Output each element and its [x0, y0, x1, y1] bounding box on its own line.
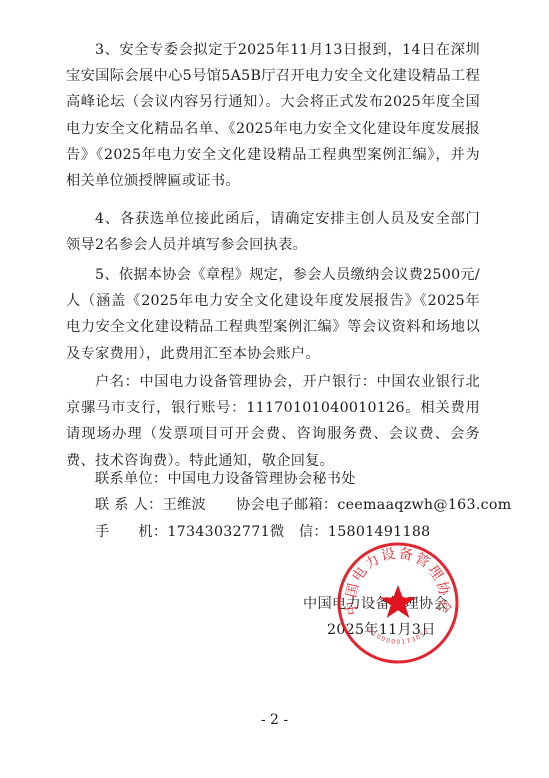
official-seal-stamp: 中国电力设备管理协会 1100000173057: [336, 541, 460, 665]
paragraph-item-4: 4、各获选单位接此函后，请确定安排主创人员及安全部门领导2名参会人员并填写参会回…: [66, 206, 480, 258]
document-page: 3、安全专委会拟定于2025年11月13日报到，14日在深圳宝安国际会展中心5号…: [0, 0, 549, 778]
contact-mobile: 手 机：17343032771: [95, 519, 270, 545]
paragraph-item-3: 3、安全专委会拟定于2025年11月13日报到，14日在深圳宝安国际会展中心5号…: [66, 37, 480, 194]
page-number: - 2 -: [0, 712, 549, 728]
contact-email: 协会电子邮箱：ceemaaqzwh@163.com: [236, 492, 511, 518]
contact-unit: 联系单位：中国电力设备管理协会秘书处: [95, 466, 356, 492]
stamp-number: 1100000173057: [366, 627, 431, 646]
svg-text:1100000173057: 1100000173057: [366, 627, 431, 646]
paragraph-item-5: 5、依据本协会《章程》规定，参会人员缴纳会议费2500元/人（涵盖《2025年电…: [66, 262, 480, 367]
star-icon: [380, 585, 416, 618]
paragraph-bank-info: 户名：中国电力设备管理协会，开户银行：中国农业银行北京骡马市支行，银行账号：11…: [66, 369, 480, 474]
contact-person: 联 系 人：王维波: [95, 492, 206, 518]
